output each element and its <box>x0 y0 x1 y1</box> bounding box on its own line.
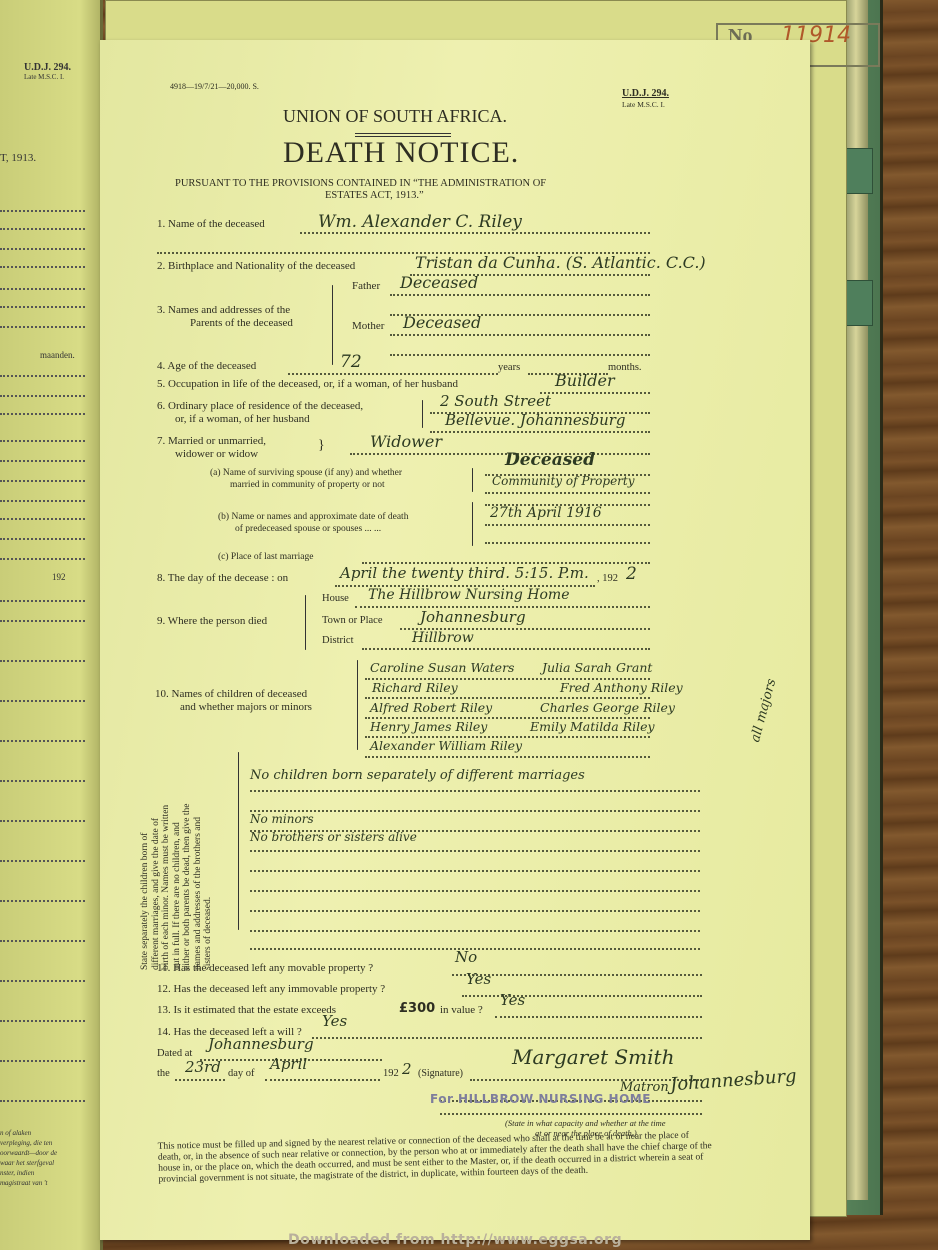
child-name[interactable]: Julia Sarah Grant <box>542 660 652 675</box>
father-value[interactable]: Deceased <box>400 273 478 292</box>
year-value[interactable]: 2 <box>402 1060 412 1078</box>
children-note[interactable]: all majors <box>748 677 779 744</box>
subtitle-line-1: PURSUANT TO THE PROVISIONS CONTAINED IN … <box>175 178 546 189</box>
q6-value-2[interactable]: Bellevue. Johannesburg <box>445 411 626 429</box>
capacity-note-1: (State in what capacity and whether at t… <box>505 1118 666 1128</box>
form-late-code: Late M.S.C. I. <box>622 100 665 109</box>
left-form-code: U.D.J. 294. <box>24 62 71 73</box>
remark-line[interactable]: No children born separately of different… <box>250 768 585 783</box>
q8-value[interactable]: April the twenty third. 5:15. P.m. <box>340 564 589 582</box>
child-name[interactable]: Emily Matilda Riley <box>530 719 655 734</box>
q1-value[interactable]: Wm. Alexander C. Riley <box>318 212 522 232</box>
left-form-late: Late M.S.C. I. <box>24 73 64 81</box>
left-act-fragment: T, 1913. <box>0 152 36 164</box>
q13-amount: £300 <box>399 1001 435 1016</box>
child-name[interactable]: Charles George Riley <box>540 700 675 715</box>
father-label: Father <box>352 280 380 292</box>
form-code: U.D.J. 294. <box>622 88 669 99</box>
the-label: the <box>157 1068 170 1079</box>
q13-value[interactable]: Yes <box>500 991 525 1009</box>
q3-label-2: Parents of the deceased <box>190 317 293 329</box>
left-page-footer: n of alaken verpleging, die ten oorwaard… <box>0 1128 90 1188</box>
binder-clip <box>843 280 873 326</box>
q7-label-1: 7. Married or unmarried, <box>157 435 266 447</box>
print-code: 4918—19/7/21—20,000. S. <box>170 82 259 91</box>
subtitle-line-2: ESTATES ACT, 1913.” <box>325 190 424 201</box>
left-months-label: maanden. <box>40 350 75 360</box>
q7c-label: (c) Place of last marriage <box>218 552 313 562</box>
death-notice-form: 4918—19/7/21—20,000. S. U.D.J. 294. Late… <box>100 40 810 1240</box>
q13-label-a: 13. Is it estimated that the estate exce… <box>157 1004 336 1016</box>
q8-year-prefix: , 192 <box>597 573 618 584</box>
union-heading: UNION OF SOUTH AFRICA. <box>283 106 507 127</box>
child-name[interactable]: Alfred Robert Riley <box>370 700 492 715</box>
district-label: District <box>322 635 354 646</box>
q7a-value-2[interactable]: Community of Property <box>492 474 635 488</box>
q8-year-value[interactable]: 2 <box>626 564 637 584</box>
mother-value[interactable]: Deceased <box>403 313 481 332</box>
q2-value[interactable]: Tristan da Cunha. (S. Atlantic. C.C.) <box>415 253 706 272</box>
download-watermark: Downloaded from http://www.eggsa.org <box>288 1232 622 1248</box>
month-value[interactable]: April <box>270 1055 307 1073</box>
years-label: years <box>498 362 520 373</box>
day-value[interactable]: 23rd <box>185 1058 221 1076</box>
q7b-label-1: (b) Name or names and approximate date o… <box>218 512 408 522</box>
q3-label-1: 3. Names and addresses of the <box>157 304 290 316</box>
q7-value[interactable]: Widower <box>370 432 442 451</box>
q4-label: 4. Age of the deceased <box>157 360 256 372</box>
child-name[interactable]: Richard Riley <box>372 680 458 695</box>
page-title: DEATH NOTICE. <box>283 136 519 170</box>
q5-value[interactable]: Builder <box>555 371 615 390</box>
q11-label: 11. Has the deceased left any movable pr… <box>157 962 373 974</box>
q10-label-2: and whether majors or minors <box>180 701 312 713</box>
q6-label-2: or, if a woman, of her husband <box>175 413 310 425</box>
mother-label: Mother <box>352 320 384 332</box>
q13-label-b: in value ? <box>440 1004 483 1016</box>
house-label: House <box>322 593 349 604</box>
q7b-value[interactable]: 27th April 1916 <box>490 505 602 521</box>
q10-label-1: 10. Names of children of deceased <box>155 688 307 700</box>
stamp-place-handwritten[interactable]: Johannesburg <box>669 1066 797 1096</box>
dated-value[interactable]: Johannesburg <box>208 1035 314 1053</box>
child-name[interactable]: Fred Anthony Riley <box>560 680 683 695</box>
signature-label: (Signature) <box>418 1068 463 1079</box>
child-name[interactable]: Henry James Riley <box>370 719 487 734</box>
q9-label: 9. Where the person died <box>157 615 267 627</box>
child-name[interactable]: Alexander William Riley <box>370 738 522 753</box>
children-instructions: State separately the children born of di… <box>140 800 214 970</box>
left-page: U.D.J. 294. Late M.S.C. I. T, 1913. maan… <box>0 0 103 1250</box>
dayof-label: day of <box>228 1068 255 1079</box>
footnote-instructions: This notice must be filled up and signed… <box>158 1130 714 1186</box>
q1-label: 1. Name of the deceased <box>157 218 265 230</box>
q11-value[interactable]: No <box>455 948 477 966</box>
town-label: Town or Place <box>322 615 383 626</box>
q14-value[interactable]: Yes <box>322 1012 347 1030</box>
q7a-value-1[interactable]: Deceased <box>505 450 595 470</box>
binder-clip <box>843 148 873 194</box>
signature-value[interactable]: Margaret Smith <box>512 1045 674 1069</box>
year-label: 192 <box>383 1068 399 1079</box>
q12-value[interactable]: Yes <box>466 970 491 988</box>
q7-label-2: widower or widow <box>175 448 258 460</box>
remark-line[interactable]: No minors <box>250 812 314 826</box>
child-name[interactable]: Caroline Susan Waters <box>370 660 514 675</box>
q4-value[interactable]: 72 <box>340 352 362 372</box>
q7a-label-1: (a) Name of surviving spouse (if any) an… <box>210 468 402 478</box>
q8-label: 8. The day of the decease : on <box>157 572 288 584</box>
q6-value-1[interactable]: 2 South Street <box>440 392 551 410</box>
nursing-home-stamp: For HILLBROW NURSING HOME <box>430 1092 651 1106</box>
q7b-label-2: of predeceased spouse or spouses ... ... <box>235 524 381 534</box>
district-value[interactable]: Hillbrow <box>412 630 474 646</box>
house-value[interactable]: The Hillbrow Nursing Home <box>368 587 570 603</box>
remark-line[interactable]: No brothers or sisters alive <box>250 830 417 844</box>
q5-label: 5. Occupation in life of the deceased, o… <box>157 378 458 390</box>
q12-label: 12. Has the deceased left any immovable … <box>157 983 385 995</box>
q7a-label-2: married in community of property or not <box>230 480 385 490</box>
left-year-label: 192 <box>52 572 66 582</box>
town-value[interactable]: Johannesburg <box>420 608 526 626</box>
q6-label-1: 6. Ordinary place of residence of the de… <box>157 400 363 412</box>
q2-label: 2. Birthplace and Nationality of the dec… <box>157 260 355 272</box>
